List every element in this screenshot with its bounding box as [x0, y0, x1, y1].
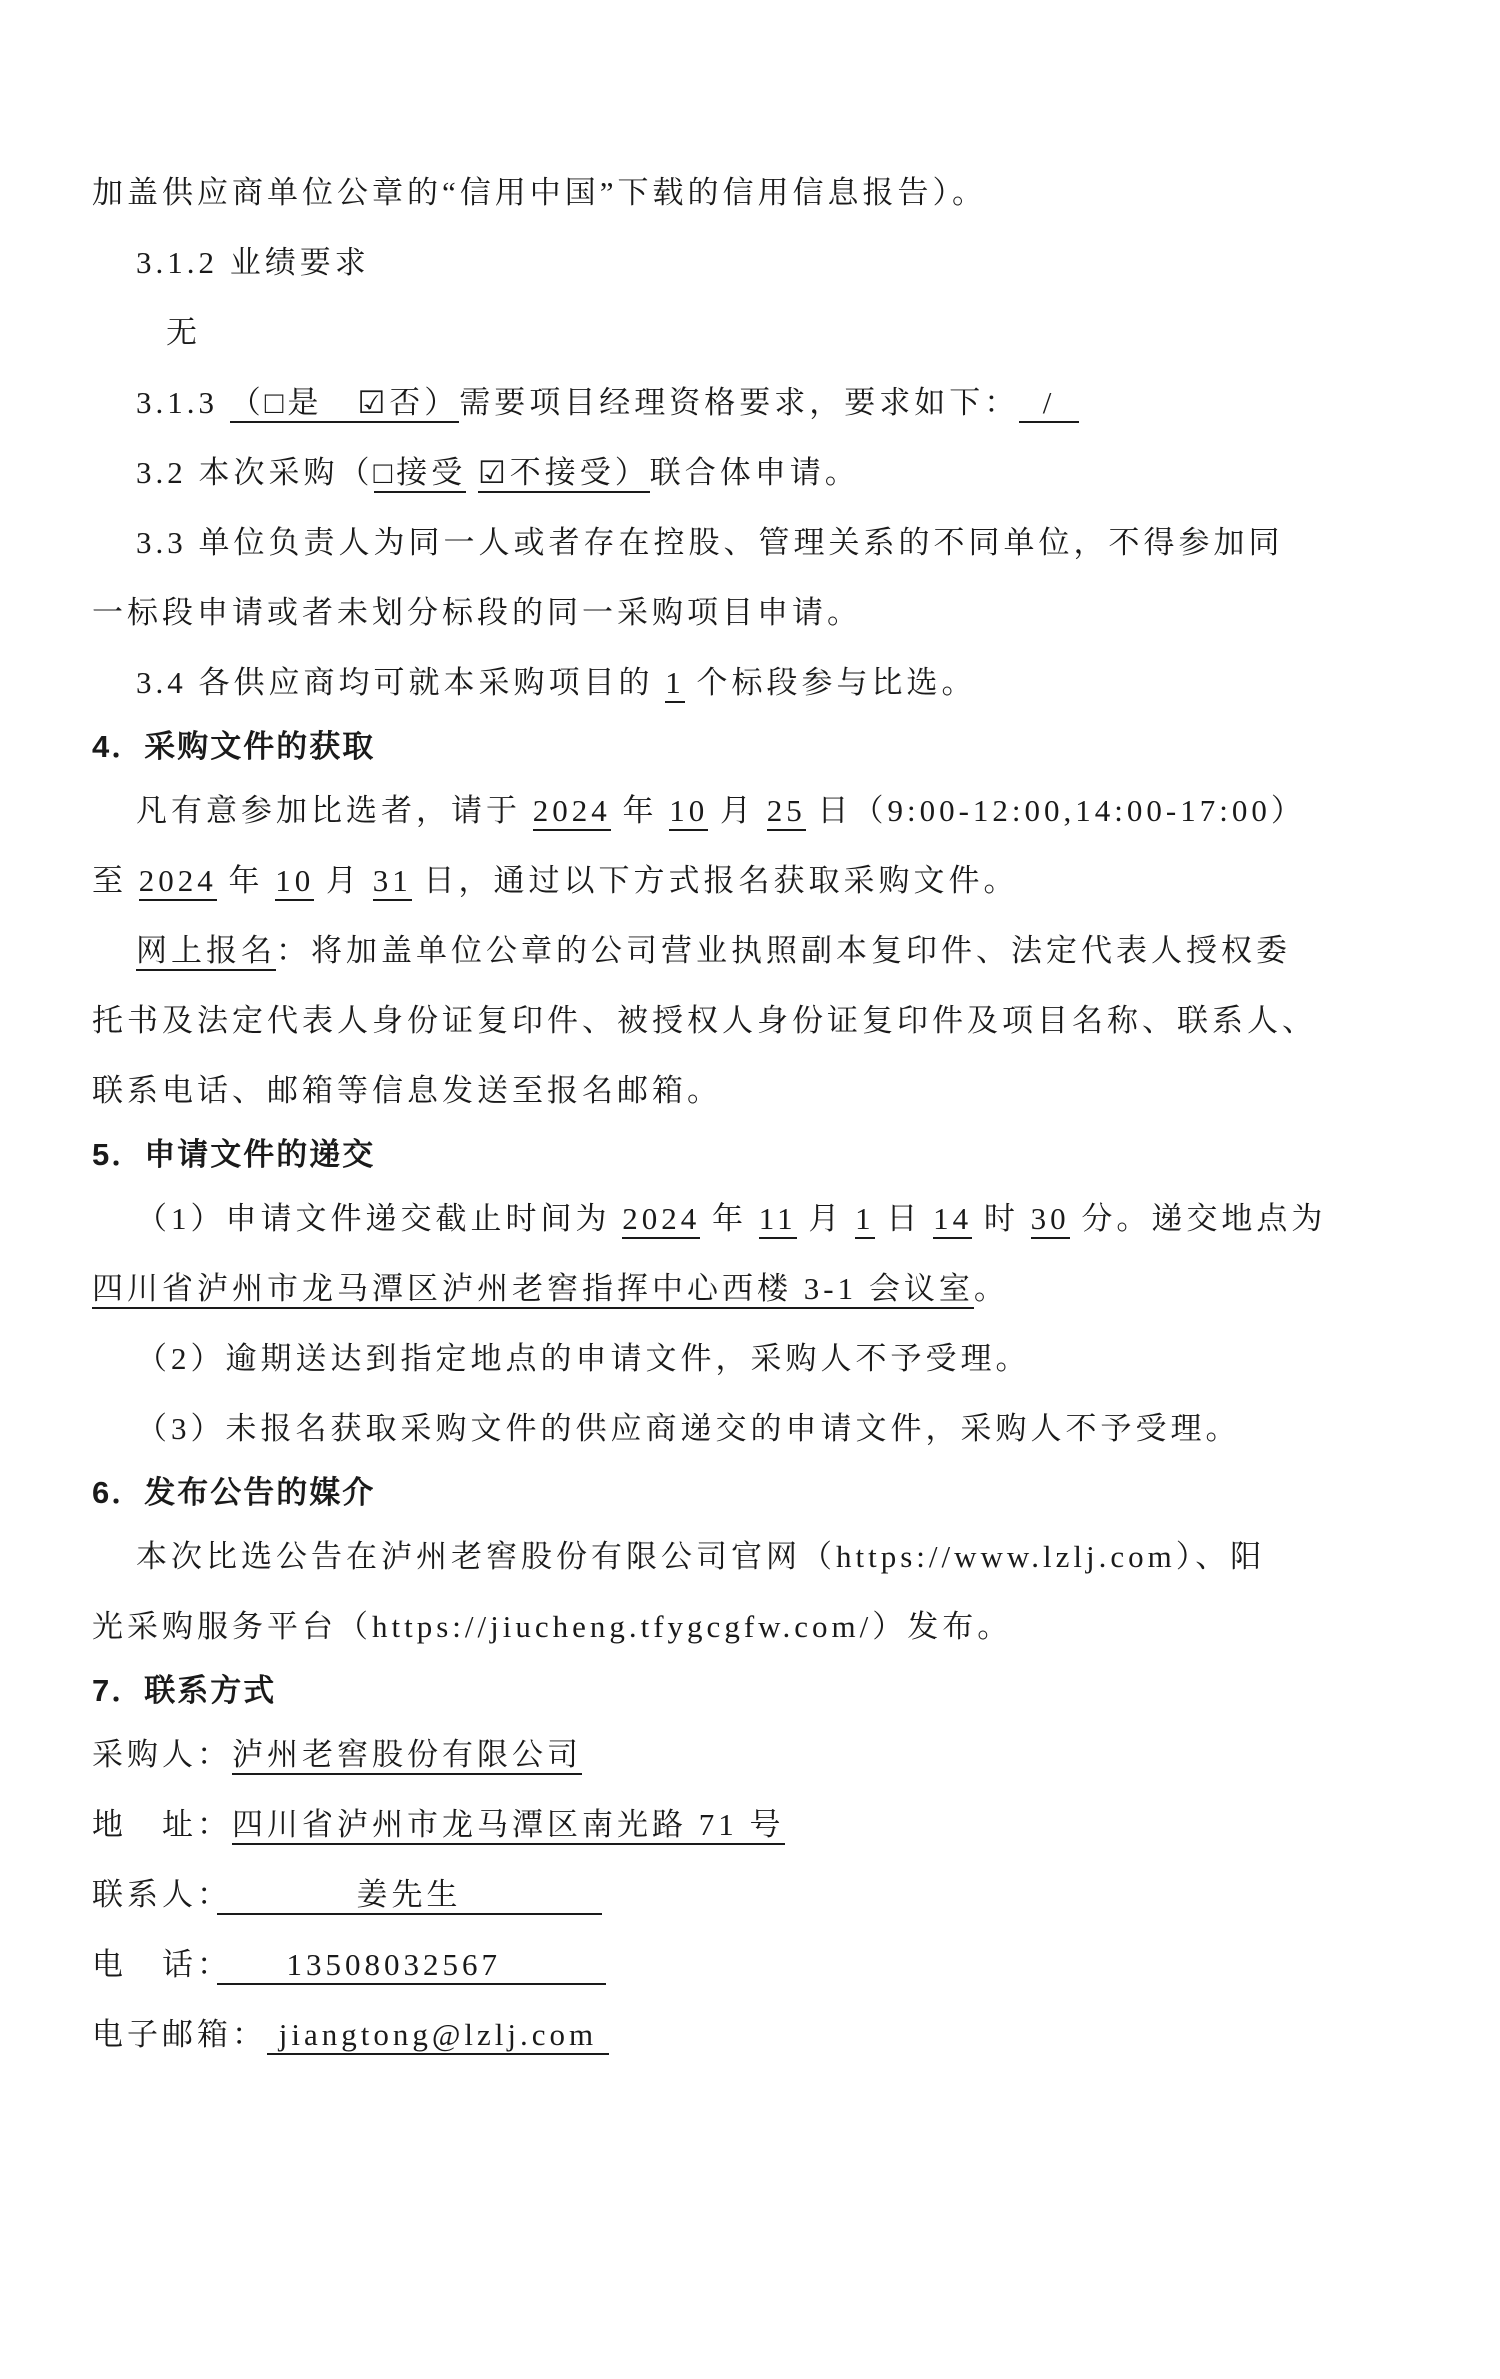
underlined-text: 14: [933, 1201, 972, 1239]
text-segment: 地 址：: [92, 1807, 232, 1842]
text-segment: 联系电话、邮箱等信息发送至报名邮箱。: [92, 1073, 722, 1108]
text-segment: 月: [314, 863, 373, 898]
underlined-text: 泸州老窖股份有限公司: [232, 1737, 582, 1775]
item-3-1-3: 3.1.3 （□是 ☑否）需要项目经理资格要求，要求如下： /: [92, 368, 1414, 438]
heading-5: 5．申请文件的递交: [92, 1126, 1414, 1184]
underlined-text: （: [230, 385, 265, 423]
text-segment: （2）逾期送达到指定地点的申请文件，采购人不予受理。: [136, 1341, 1031, 1376]
underlined-text: 2024: [533, 793, 611, 831]
text-segment: 。: [974, 1271, 1009, 1306]
checkbox-checked-icon: ☑: [478, 455, 510, 493]
underlined-text: 31: [373, 863, 412, 901]
text-segment: 日（9:00-12:00,14:00-17:00）: [806, 793, 1306, 828]
item-3-2: 3.2 本次采购（□接受 ☑不接受）联合体申请。: [92, 438, 1414, 508]
underlined-text: 四川省泸州市龙马潭区泸州老窖指挥中心西楼 3-1 会议室: [92, 1271, 974, 1309]
text-segment: 需要项目经理资格要求，要求如下：: [459, 385, 1019, 420]
checkbox-unchecked-icon: □: [265, 385, 288, 423]
text-segment: 日: [875, 1201, 934, 1236]
text-segment: ：将加盖单位公章的公司营业执照副本复印件、法定代表人授权委: [276, 933, 1291, 968]
text-segment: 年: [700, 1201, 759, 1236]
para-online-signup-line1: 网上报名：将加盖单位公章的公司营业执照副本复印件、法定代表人授权委: [92, 916, 1414, 986]
text-segment: 托书及法定代表人身份证复印件、被授权人身份证复印件及项目名称、联系人、: [92, 1003, 1317, 1038]
para-credit-report-tail: 加盖供应商单位公章的“信用中国”下载的信用信息报告）。: [92, 158, 1414, 228]
text-segment: 年: [611, 793, 670, 828]
text-segment: 3.4 各供应商均可就本采购项目的: [136, 665, 665, 700]
text-segment: 日，通过以下方式报名获取采购文件。: [412, 863, 1019, 898]
contact-purchaser: 采购人：泸州老窖股份有限公司: [92, 1720, 1414, 1790]
heading-4: 4．采购文件的获取: [92, 718, 1414, 776]
contact-address: 地 址：四川省泸州市龙马潭区南光路 71 号: [92, 1790, 1414, 1860]
text-segment: 年: [217, 863, 276, 898]
text-segment: 个标段参与比选。: [685, 665, 977, 700]
contact-email: 电子邮箱： jiangtong@lzlj.com: [92, 2000, 1414, 2070]
underlined-text: 1: [665, 665, 685, 703]
underlined-text: 10: [275, 863, 314, 901]
underlined-text: 接受: [396, 455, 466, 493]
underlined-text: jiangtong@lzlj.com: [267, 2017, 609, 2055]
underlined-text: 1: [855, 1201, 875, 1239]
text-segment: 3.2 本次采购（: [136, 455, 374, 490]
text-segment: 凡有意参加比选者，请于: [136, 793, 533, 828]
text-segment: 无: [166, 315, 201, 350]
contact-person: 联系人： 姜先生: [92, 1860, 1414, 1930]
item-3-4: 3.4 各供应商均可就本采购项目的 1 个标段参与比选。: [92, 648, 1414, 718]
para-5-1-line1: （1）申请文件递交截止时间为 2024 年 11 月 1 日 14 时 30 分…: [92, 1184, 1414, 1254]
text-segment: 6．发布公告的媒介: [92, 1475, 375, 1510]
text-segment: 月: [708, 793, 767, 828]
text-segment: 联系人：: [92, 1877, 217, 1912]
para-online-signup-line2: 托书及法定代表人身份证复印件、被授权人身份证复印件及项目名称、联系人、: [92, 986, 1414, 1056]
text-segment: 时: [972, 1201, 1031, 1236]
text-segment: 5．申请文件的递交: [92, 1137, 375, 1172]
para-online-signup-line3: 联系电话、邮箱等信息发送至报名邮箱。: [92, 1056, 1414, 1126]
underlined-text: 2024: [622, 1201, 700, 1239]
underlined-text: 10: [669, 793, 708, 831]
item-3-3-line2: 一标段申请或者未划分标段的同一采购项目申请。: [92, 578, 1414, 648]
text-segment: （1）申请文件递交截止时间为: [136, 1201, 622, 1236]
item-3-3-line1: 3.3 单位负责人为同一人或者存在控股、管理关系的不同单位，不得参加同: [92, 508, 1414, 578]
underlined-text: 不接受）: [510, 455, 650, 493]
text-segment: 加盖供应商单位公章的“信用中国”下载的信用信息报告）。: [92, 175, 987, 210]
text-segment: 7．联系方式: [92, 1673, 276, 1708]
text-segment: 3.1.3: [136, 385, 230, 420]
checkbox-checked-icon: ☑: [357, 385, 389, 423]
underlined-text: 13508032567: [217, 1947, 607, 1985]
underlined-text: 25: [767, 793, 806, 831]
underlined-text: 网上报名: [136, 933, 276, 971]
text-segment: 本次比选公告在泸州老窖股份有限公司官网（https://www.lzlj.com…: [136, 1539, 1265, 1574]
underlined-text: 2024: [139, 863, 217, 901]
text-segment: [466, 455, 478, 490]
underlined-text: 11: [759, 1201, 797, 1239]
checkbox-unchecked-icon: □: [374, 455, 397, 493]
text-segment: 分。递交地点为: [1070, 1201, 1327, 1236]
para-6-line1: 本次比选公告在泸州老窖股份有限公司官网（https://www.lzlj.com…: [92, 1522, 1414, 1592]
text-segment: 至: [92, 863, 139, 898]
underlined-text: 否）: [389, 385, 459, 423]
para-5-2: （2）逾期送达到指定地点的申请文件，采购人不予受理。: [92, 1324, 1414, 1394]
item-3-1-2-value: 无: [92, 298, 1414, 368]
text-segment: 光采购服务平台（https://jiucheng.tfygcgfw.com/）发…: [92, 1609, 1012, 1644]
para-6-line2: 光采购服务平台（https://jiucheng.tfygcgfw.com/）发…: [92, 1592, 1414, 1662]
para-4-line1: 凡有意参加比选者，请于 2024 年 10 月 25 日（9:00-12:00,…: [92, 776, 1414, 846]
text-segment: 月: [797, 1201, 856, 1236]
text-segment: 4．采购文件的获取: [92, 729, 375, 764]
para-4-line2: 至 2024 年 10 月 31 日，通过以下方式报名获取采购文件。: [92, 846, 1414, 916]
para-5-3: （3）未报名获取采购文件的供应商递交的申请文件，采购人不予受理。: [92, 1394, 1414, 1464]
item-3-1-2-title: 3.1.2 业绩要求: [92, 228, 1414, 298]
text-segment: 3.3 单位负责人为同一人或者存在控股、管理关系的不同单位，不得参加同: [136, 525, 1284, 560]
text-segment: 联合体申请。: [650, 455, 860, 490]
text-segment: 一标段申请或者未划分标段的同一采购项目申请。: [92, 595, 862, 630]
underlined-text: 30: [1031, 1201, 1070, 1239]
document-body: 加盖供应商单位公章的“信用中国”下载的信用信息报告）。3.1.2 业绩要求无3.…: [0, 0, 1500, 2070]
text-segment: 采购人：: [92, 1737, 232, 1772]
blank-field-slash: /: [1019, 385, 1079, 423]
text-segment: 3.1.2 业绩要求: [136, 245, 370, 280]
text-segment: 电 话：: [92, 1947, 217, 1982]
underlined-text: 姜先生: [217, 1877, 602, 1915]
underlined-text: 是: [287, 385, 357, 423]
document-page: 加盖供应商单位公章的“信用中国”下载的信用信息报告）。3.1.2 业绩要求无3.…: [0, 0, 1500, 2379]
heading-6: 6．发布公告的媒介: [92, 1464, 1414, 1522]
text-segment: （3）未报名获取采购文件的供应商递交的申请文件，采购人不予受理。: [136, 1411, 1241, 1446]
para-5-1-line2: 四川省泸州市龙马潭区泸州老窖指挥中心西楼 3-1 会议室。: [92, 1254, 1414, 1324]
text-segment: 电子邮箱：: [92, 2017, 267, 2052]
contact-phone: 电 话： 13508032567: [92, 1930, 1414, 2000]
heading-7: 7．联系方式: [92, 1662, 1414, 1720]
underlined-text: 四川省泸州市龙马潭区南光路 71 号: [232, 1807, 785, 1845]
